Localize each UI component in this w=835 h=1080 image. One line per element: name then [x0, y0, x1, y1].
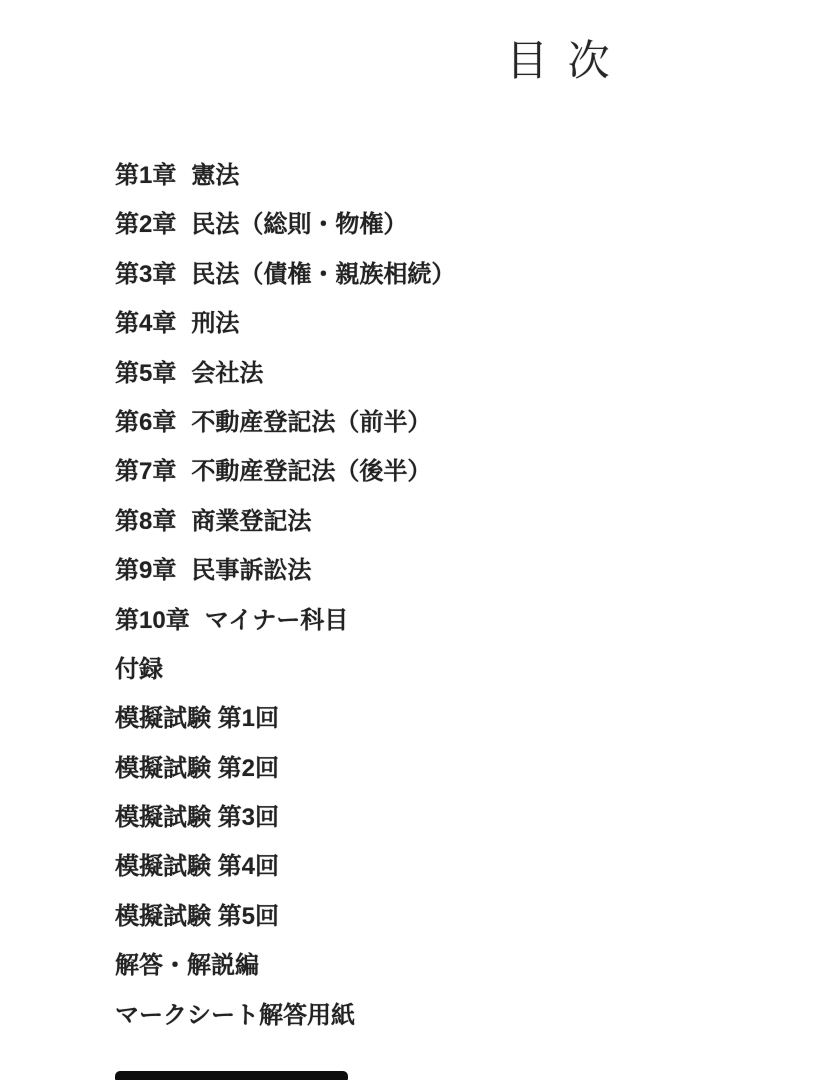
- toc-entry: 第1章 憲法: [115, 163, 755, 188]
- toc-entry-title: 民法（債権・親族相続）: [191, 262, 455, 287]
- toc-entry-label: 解答・解説編: [115, 953, 259, 978]
- toc-entry: 模擬試験 第5回: [115, 904, 755, 929]
- toc-list: 第1章 憲法 第2章 民法（総則・物権） 第3章 民法（債権・親族相続） 第4章…: [115, 163, 755, 1052]
- toc-entry: 第6章 不動産登記法（前半）: [115, 410, 755, 435]
- toc-entry-title: 刑法: [191, 311, 239, 336]
- toc-entry: 模擬試験 第3回: [115, 805, 755, 830]
- toc-entry-label: 第9章: [115, 558, 176, 583]
- toc-entry-label: 第4章: [115, 311, 176, 336]
- toc-entry: 第2章 民法（総則・物権）: [115, 212, 755, 237]
- toc-entry-title: 民事訴訟法: [191, 558, 311, 583]
- toc-entry-label: 模擬試験 第3回: [115, 805, 279, 830]
- bottom-edge-bar: [115, 1071, 348, 1080]
- toc-entry-label: 模擬試験 第5回: [115, 904, 279, 929]
- toc-entry-label: 第6章: [115, 410, 176, 435]
- toc-entry-label: 第2章: [115, 212, 176, 237]
- toc-entry: 第5章 会社法: [115, 361, 755, 386]
- toc-entry-label: 第5章: [115, 361, 176, 386]
- toc-entry: 付録: [115, 657, 755, 682]
- toc-entry: 模擬試験 第2回: [115, 756, 755, 781]
- toc-entry-label: 第7章: [115, 459, 176, 484]
- toc-entry-title: 不動産登記法（前半）: [191, 410, 431, 435]
- toc-entry-title: 不動産登記法（後半）: [191, 459, 431, 484]
- toc-entry-title: マイナー科目: [205, 608, 349, 633]
- toc-entry-label: 第1章: [115, 163, 176, 188]
- toc-entry-title: 民法（総則・物権）: [191, 212, 407, 237]
- toc-entry-label: 第8章: [115, 509, 176, 534]
- toc-entry-label: 模擬試験 第1回: [115, 706, 279, 731]
- toc-entry-label: 第10章: [115, 608, 190, 633]
- toc-entry-title: 会社法: [191, 361, 263, 386]
- toc-entry: 第10章 マイナー科目: [115, 608, 755, 633]
- toc-entry-label: 模擬試験 第4回: [115, 854, 279, 879]
- toc-entry: 模擬試験 第4回: [115, 854, 755, 879]
- toc-entry-label: 付録: [115, 657, 163, 682]
- toc-entry: 第9章 民事訴訟法: [115, 558, 755, 583]
- toc-entry: 第3章 民法（債権・親族相続）: [115, 262, 755, 287]
- toc-entry: 第7章 不動産登記法（後半）: [115, 459, 755, 484]
- toc-entry-label: マークシート解答用紙: [115, 1003, 355, 1028]
- toc-entry: マークシート解答用紙: [115, 1003, 755, 1028]
- toc-entry-title: 憲法: [191, 163, 239, 188]
- toc-page: 目 次 第1章 憲法 第2章 民法（総則・物権） 第3章 民法（債権・親族相続）…: [0, 0, 835, 1080]
- toc-entry-title: 商業登記法: [191, 509, 311, 534]
- toc-entry-label: 第3章: [115, 262, 176, 287]
- toc-entry: 解答・解説編: [115, 953, 755, 978]
- toc-entry: 模擬試験 第1回: [115, 706, 755, 731]
- page-title: 目 次: [506, 28, 614, 88]
- toc-entry: 第8章 商業登記法: [115, 509, 755, 534]
- toc-entry-label: 模擬試験 第2回: [115, 756, 279, 781]
- toc-entry: 第4章 刑法: [115, 311, 755, 336]
